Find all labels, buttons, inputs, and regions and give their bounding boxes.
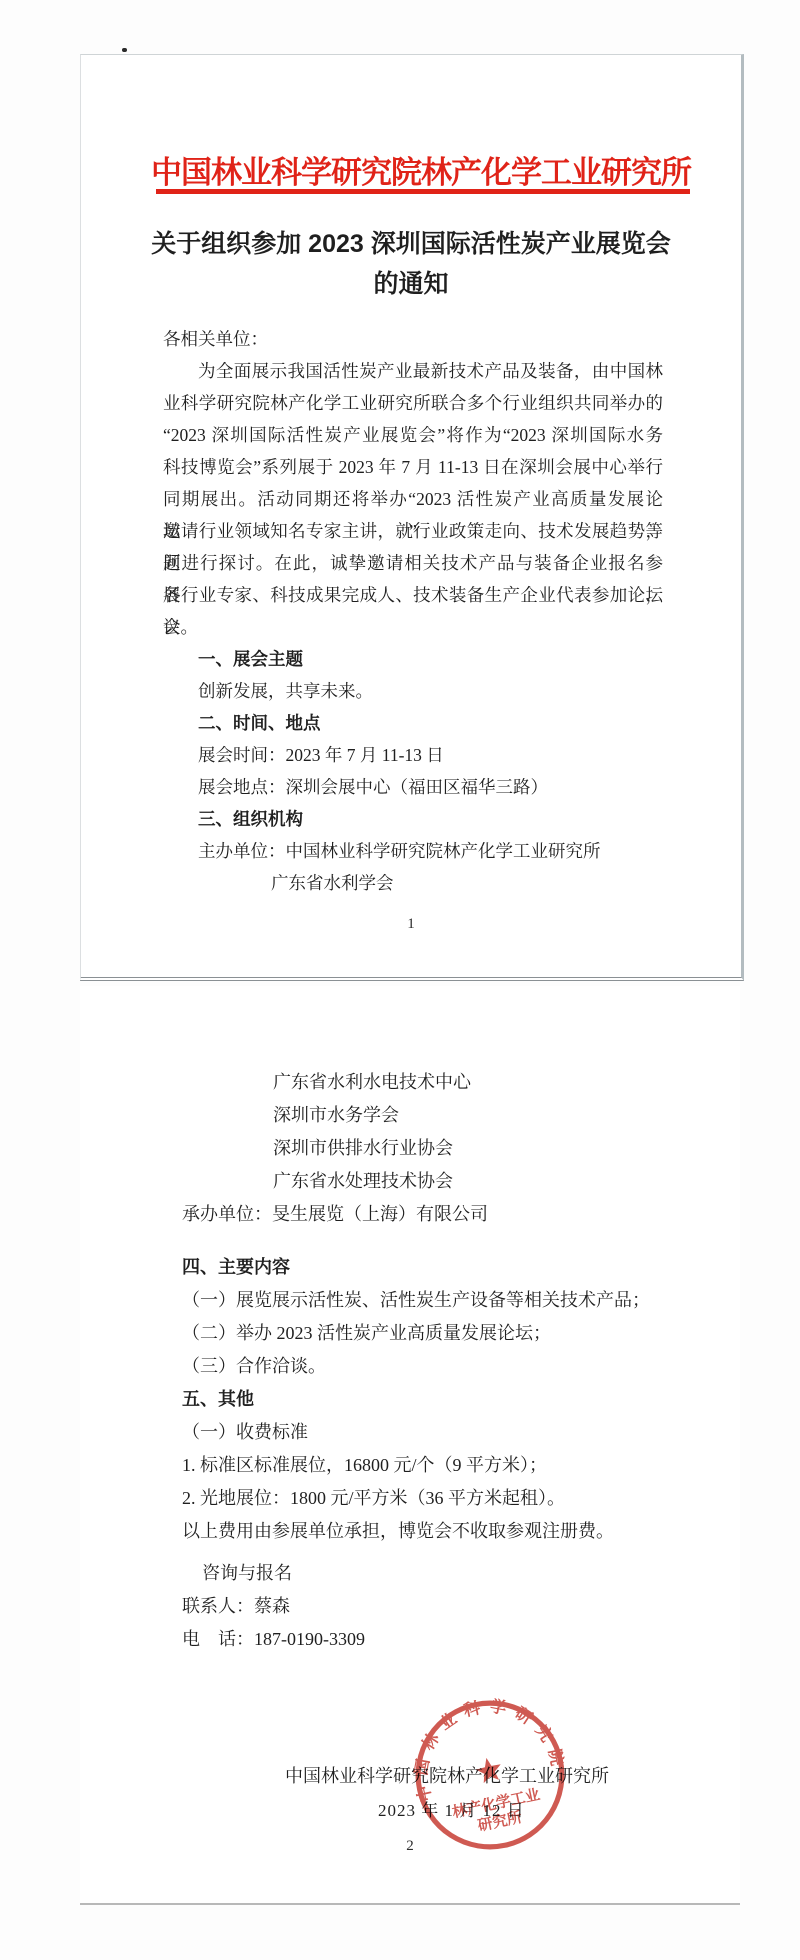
signature-org-name: 中国林业科学研究院林产化学工业研究所 (285, 1762, 609, 1788)
doc-line: 展会地点：深圳会展中心（福田区福华三路） (198, 771, 663, 803)
doc-line: 主办单位：中国林业科学研究院林产化学工业研究所 (198, 835, 663, 867)
doc-line: 广东省水处理技术协会 (273, 1165, 660, 1198)
doc-line: 以上费用由参展单位承担，博览会不收取参观注册费。 (182, 1515, 660, 1548)
doc-line: 承办单位：旻生展览（上海）有限公司 (182, 1198, 660, 1231)
org-header-underline (156, 189, 690, 194)
doc-line: 1. 标准区标准展位，16800 元/个（9 平方米）； (182, 1449, 660, 1482)
doc-line: （三）合作洽谈。 (182, 1350, 660, 1383)
notice-title-line2: 的通知 (81, 264, 741, 304)
doc-line: 题进行探讨。在此，诚挚邀请相关技术产品与装备企业报名参展， (163, 547, 663, 579)
doc-line: 创新发展，共享未来。 (198, 675, 663, 707)
page2-number: 2 (80, 1838, 740, 1855)
doc-line: 为全面展示我国活性炭产业最新技术产品及装备，由中国林 (198, 355, 663, 387)
document-page-1: 中国林业科学研究院林产化学工业研究所 关于组织参加 2023 深圳国际活性炭产业… (80, 54, 744, 981)
doc-line: 展会时间：2023 年 7 月 11-13 日 (198, 739, 663, 771)
screenshot-root: { "accent_color": "#e02318", "stamp_colo… (0, 0, 800, 1960)
doc-line: （一）展览展示活性炭、活性炭生产设备等相关技术产品； (182, 1284, 660, 1317)
doc-line: 广东省水利水电技术中心 (273, 1066, 660, 1099)
doc-line: 同期展出。活动同期还将举办“2023 活性炭产业高质量发展论坛”， (163, 483, 663, 515)
doc-line: 五、其他 (182, 1383, 660, 1416)
notice-title-line1: 关于组织参加 2023 深圳国际活性炭产业展览会 (81, 224, 741, 264)
doc-line: （一）收费标准 (182, 1416, 660, 1449)
page1-body: 各相关单位：为全面展示我国活性炭产业最新技术产品及装备，由中国林业科学研究院林产… (163, 323, 663, 899)
page1-number: 1 (81, 916, 741, 933)
doc-line: 2. 光地展位：1800 元/平方米（36 平方米起租）。 (182, 1482, 660, 1515)
doc-line: 深圳市水务学会 (273, 1099, 660, 1132)
doc-line: 电 话：187-0190-3309 (182, 1623, 660, 1656)
doc-line: 深圳市供排水行业协会 (273, 1132, 660, 1165)
notice-title: 关于组织参加 2023 深圳国际活性炭产业展览会 的通知 (81, 224, 741, 304)
doc-line: 邀请行业领域知名专家主讲，就行业政策走向、技术发展趋势等问 (163, 515, 663, 547)
doc-line: （二）举办 2023 活性炭产业高质量发展论坛； (182, 1317, 660, 1350)
signature-date: 2023 年 1 月 12 日 (378, 1796, 525, 1821)
doc-line: 咨询与报名 (202, 1557, 660, 1590)
doc-line: 业科学研究院林产化学工业研究所联合多个行业组织共同举办的 (163, 387, 663, 419)
page2-body: 广东省水利水电技术中心深圳市水务学会深圳市供排水行业协会广东省水处理技术协会承办… (182, 1066, 660, 1656)
doc-line: 议。 (163, 611, 663, 643)
document-page-2: 广东省水利水电技术中心深圳市水务学会深圳市供排水行业协会广东省水处理技术协会承办… (80, 986, 740, 1905)
org-header-title: 中国林业科学研究院林产化学工业研究所 (81, 147, 741, 192)
doc-line: “2023 深圳国际活性炭产业展览会”将作为“2023 深圳国际水务 (163, 419, 663, 451)
doc-line: 三、组织机构 (198, 803, 663, 835)
doc-line: 各相关单位： (163, 323, 663, 355)
doc-line: 广东省水利学会 (271, 867, 663, 899)
doc-line: 科技博览会”系列展于 2023 年 7 月 11-13 日在深圳会展中心举行 (163, 451, 663, 483)
doc-line: 一、展会主题 (198, 643, 663, 675)
scan-speck (122, 48, 127, 52)
doc-line: 各行业专家、科技成果完成人、技术装备生产企业代表参加论坛会 (163, 579, 663, 611)
doc-line: 四、主要内容 (182, 1251, 660, 1284)
doc-line: 联系人：蔡森 (182, 1590, 660, 1623)
doc-line: 二、时间、地点 (198, 707, 663, 739)
